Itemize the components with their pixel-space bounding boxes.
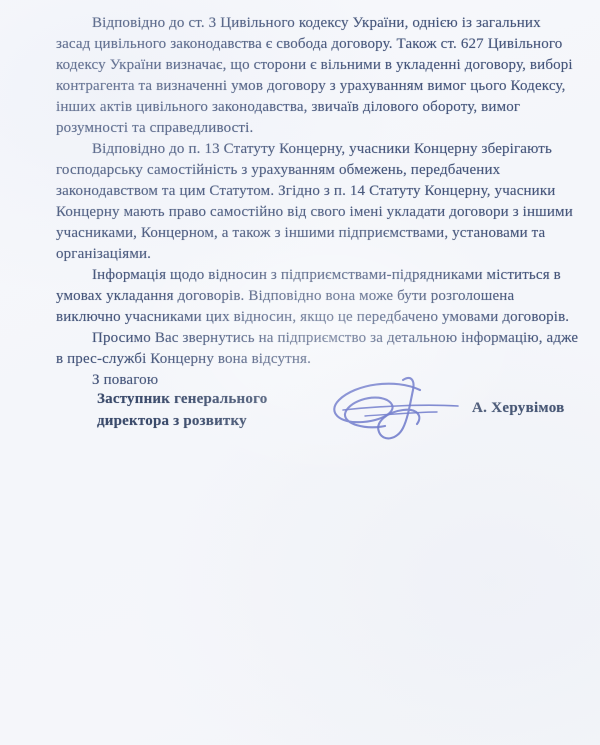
text-line: виключно учасниками цих відносин, якщо ц…	[56, 307, 556, 328]
signatory-title-line: директора з розвитку	[97, 410, 267, 432]
text-line: Концерну мають право самостійно від свог…	[56, 202, 556, 223]
text-line: господарську самостійність з урахуванням…	[56, 160, 556, 181]
signatory-title-line: Заступник генерального	[97, 388, 267, 410]
text-line: розумності та справедливості.	[56, 118, 556, 139]
text-line: умовах укладання договорів. Відповідно в…	[56, 286, 556, 307]
text-line: кодексу України визначає, що сторони є в…	[56, 55, 556, 76]
text-line: в прес-службі Концерну вона відсутня.	[56, 349, 556, 370]
text-line: інших актів цивільного законодавства, зв…	[56, 97, 556, 118]
text-line: Просимо Вас звернутись на підприємство з…	[56, 328, 556, 349]
text-line: Відповідно до п. 13 Статуту Концерну, уч…	[56, 139, 556, 160]
text-line: Відповідно до ст. 3 Цивільного кодексу У…	[56, 13, 556, 34]
signatory-name: А. Херувімов	[472, 400, 565, 417]
text-line: Інформація щодо відносин з підприємствам…	[56, 265, 556, 286]
text-line: законодавством та цим Статутом. Згідно з…	[56, 181, 556, 202]
text-line: організаціями.	[56, 244, 556, 265]
text-line: засад цивільного законодавства є свобода…	[56, 34, 556, 55]
letter-page: Відповідно до ст. 3 Цивільного кодексу У…	[0, 0, 600, 745]
text-line: контрагента та визначенні умов договору …	[56, 76, 556, 97]
signatory-title: Заступник генерального директора з розви…	[97, 388, 267, 432]
signature-ink-icon	[325, 370, 465, 458]
signature-block: Заступник генерального директора з розви…	[0, 370, 600, 500]
text-line: учасниками, Концерном, а також з іншими …	[56, 223, 556, 244]
letter-body: Відповідно до ст. 3 Цивільного кодексу У…	[56, 13, 556, 391]
